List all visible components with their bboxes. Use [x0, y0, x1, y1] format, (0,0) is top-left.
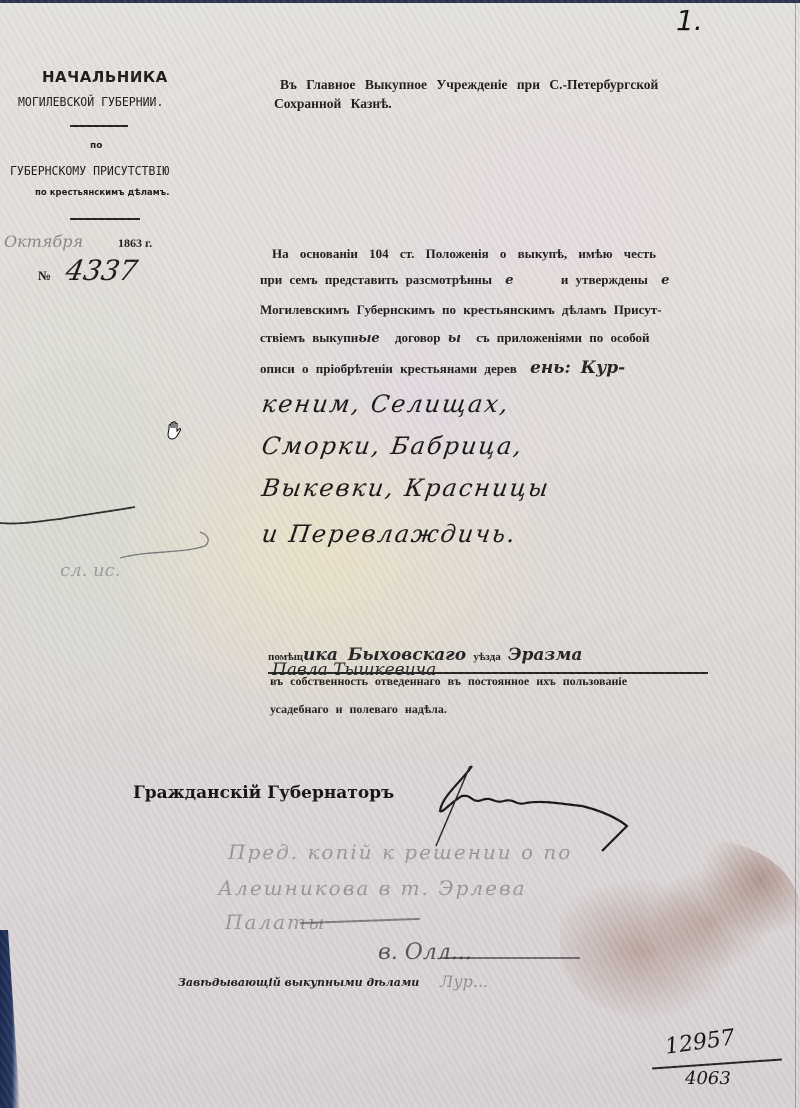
- body-line-2: при семъ представить разсмотрѣнны е и ут…: [260, 272, 669, 288]
- archive-number-numerator: 12957: [664, 1025, 737, 1059]
- governor-title: Гражданскій Губернаторъ: [133, 783, 394, 803]
- hand-cursor-icon: [164, 420, 186, 442]
- body-after-2: усадебнаго и полеваго надѣла.: [270, 702, 447, 717]
- addressee-line-2: Сохранной Казнѣ.: [274, 94, 700, 113]
- scan-top-edge: [0, 0, 800, 3]
- body-line-2-hand-1: е: [505, 273, 513, 288]
- body-line-5-hand: ень: Кур-: [530, 358, 625, 378]
- body-line-4-hand-2: ы: [448, 331, 461, 346]
- margin-note: сл. ис.: [60, 560, 120, 581]
- body-line-4-hand-1: ые: [358, 331, 380, 346]
- body-line-4: ствіемъ выкупные договор ы съ приложенія…: [260, 330, 650, 346]
- clerk-signature: в. Олл...: [378, 940, 472, 965]
- body-line-5: описи о пріобрѣтеніи крестьянами дерев е…: [260, 358, 625, 378]
- paper-tear-icon: [0, 505, 140, 529]
- date-handwritten: Октября: [4, 232, 83, 251]
- clerk-signature-line: [440, 957, 580, 959]
- date-year: 1863 г.: [118, 236, 152, 251]
- body-line-2-hand-2: е: [661, 273, 669, 288]
- header-divider-2: [70, 218, 140, 220]
- number-label: №: [38, 268, 51, 284]
- header-divider: [70, 125, 128, 127]
- header-committee-sub: по крестьянскимъ дѣламъ.: [35, 188, 169, 198]
- header-committee: ГУБЕРНСКОМУ ПРИСУТСТВІЮ: [10, 163, 169, 178]
- handwritten-villages-2: Сморки, Бабрица,: [260, 432, 525, 460]
- header-po: по: [90, 141, 102, 151]
- manager-title: Завѣдывающій выкупными дѣлами: [178, 976, 419, 989]
- header-subtitle: МОГИЛЕВСКОЙ ГУБЕРНИИ.: [18, 94, 163, 109]
- faint-note-2: Алешникова в т. Эрлева: [218, 876, 527, 900]
- document-page: 1. НАЧАЛЬНИКА МОГИЛЕВСКОЙ ГУБЕРНИИ. по Г…: [0, 0, 800, 1108]
- landowner-print-b: уѣзда: [473, 651, 500, 663]
- scan-left-edge: [0, 930, 20, 1108]
- water-stain: [560, 840, 800, 1020]
- manager-signature: Лур...: [440, 972, 488, 991]
- body-line-2-print-b: и утверждены: [561, 272, 648, 287]
- body-line-4-print-b: договор: [395, 330, 441, 345]
- handwritten-villages-1: кеним, Селищах,: [260, 390, 512, 418]
- body-line-2-print: при семъ представить разсмотрѣнны: [260, 272, 492, 287]
- body-line-3: Могилевскимъ Губернскимъ по крестьянским…: [260, 302, 661, 318]
- faint-note-1: Пред. копій к решении о по: [228, 840, 572, 864]
- addressee-line-1: Въ Главное Выкупное Учрежденіе при С.-Пе…: [280, 77, 658, 92]
- handwritten-villages-3: Выкевки, Красницы: [260, 474, 552, 502]
- addressee: Въ Главное Выкупное Учрежденіе при С.-Пе…: [280, 75, 700, 113]
- margin-scrawl-line-icon: [120, 530, 210, 560]
- page-number: 1.: [676, 4, 703, 37]
- body-after-1: въ собственность отведеннаго въ постоянн…: [270, 674, 627, 689]
- header-title: НАЧАЛЬНИКА: [42, 68, 168, 86]
- handwritten-villages-4: и Перевлаждичь.: [260, 520, 519, 548]
- number-value: 4337: [63, 254, 140, 287]
- archive-number-denominator: 4063: [685, 1068, 731, 1089]
- body-line-4-print: ствіемъ выкупн: [260, 330, 358, 345]
- body-line-5-print: описи о пріобрѣтеніи крестьянами дерев: [260, 361, 517, 376]
- landowner-hand-2: Эразма: [508, 645, 582, 665]
- body-line-4-print-c: съ приложеніями по особой: [476, 330, 649, 345]
- body-line-1: На основаніи 104 ст. Положенія о выкупѣ,…: [272, 246, 656, 262]
